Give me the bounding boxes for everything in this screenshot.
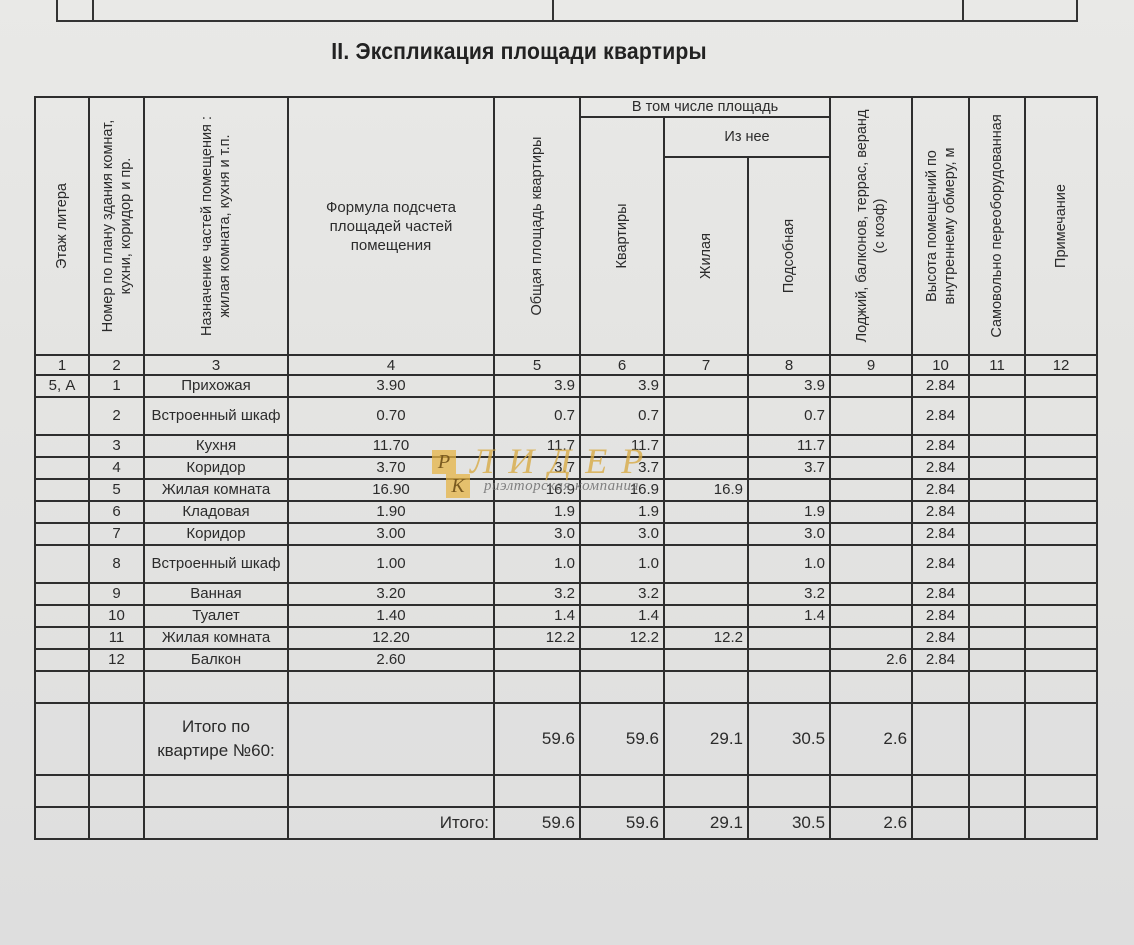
auxiliary-area (748, 627, 830, 649)
table-row: 3Кухня11.7011.711.711.72.84 (35, 435, 1097, 457)
table-row: 7Коридор3.003.03.03.02.84 (35, 523, 1097, 545)
room-number: 8 (89, 545, 144, 583)
apartment-area: 11.7 (580, 435, 664, 457)
header-floor-letter: Этаж литера (35, 97, 89, 355)
header-living: Жилая (664, 157, 748, 355)
section-title: II. Экспликация площади квартиры (0, 38, 1041, 65)
table-row: 2Встроенный шкаф0.700.70.70.72.84 (35, 397, 1097, 435)
apartment-area: 3.7 (580, 457, 664, 479)
formula-value: 1.90 (288, 501, 494, 523)
auxiliary-area: 11.7 (748, 435, 830, 457)
note (1025, 501, 1097, 523)
auxiliary-area: 1.9 (748, 501, 830, 523)
loggia-area (830, 501, 912, 523)
blank-row (35, 775, 1097, 807)
self-converted (969, 457, 1025, 479)
note (1025, 397, 1097, 435)
table-divider (962, 0, 964, 20)
table-row: 12Балкон2.602.62.84 (35, 649, 1097, 671)
room-number: 7 (89, 523, 144, 545)
note (1025, 457, 1097, 479)
self-converted (969, 605, 1025, 627)
room-height: 2.84 (912, 523, 969, 545)
column-number: 2 (89, 355, 144, 375)
formula-value: 3.00 (288, 523, 494, 545)
total-area: 16.9 (494, 479, 580, 501)
loggia-area (830, 523, 912, 545)
living-area (664, 397, 748, 435)
table-row: 5, А1Прихожая3.903.93.93.92.84 (35, 375, 1097, 397)
room-number: 9 (89, 583, 144, 605)
room-height: 2.84 (912, 397, 969, 435)
room-height: 2.84 (912, 649, 969, 671)
apartment-total-row: Итого по квартире №60: 59.6 59.6 29.1 30… (35, 703, 1097, 775)
self-converted (969, 627, 1025, 649)
room-name: Жилая комната (144, 627, 288, 649)
self-converted (969, 649, 1025, 671)
header-room-purpose: Назначение частей помещения : жилая комн… (144, 97, 288, 355)
apartment-total-label: Итого по квартире №60: (144, 703, 288, 775)
note (1025, 523, 1097, 545)
living-area (664, 457, 748, 479)
column-number: 3 (144, 355, 288, 375)
header-apartment: Квартиры (580, 117, 664, 355)
room-height: 2.84 (912, 545, 969, 583)
room-height: 2.84 (912, 457, 969, 479)
total-area: 3.2 (494, 583, 580, 605)
self-converted (969, 523, 1025, 545)
total-area: 3.9 (494, 375, 580, 397)
total-area (494, 649, 580, 671)
living-area (664, 523, 748, 545)
total-area: 1.4 (494, 605, 580, 627)
room-number: 3 (89, 435, 144, 457)
total-area: 1.9 (494, 501, 580, 523)
auxiliary-area: 3.0 (748, 523, 830, 545)
floor-letter (35, 457, 89, 479)
apartment-total-loggia: 2.6 (830, 703, 912, 775)
table-row: 10Туалет1.401.41.41.42.84 (35, 605, 1097, 627)
living-area (664, 375, 748, 397)
formula-value: 2.60 (288, 649, 494, 671)
loggia-area (830, 435, 912, 457)
room-name: Жилая комната (144, 479, 288, 501)
room-name: Кладовая (144, 501, 288, 523)
grand-total-aux: 30.5 (748, 807, 830, 839)
table-divider (92, 0, 94, 20)
blank-row (35, 671, 1097, 703)
column-number: 11 (969, 355, 1025, 375)
living-area (664, 605, 748, 627)
apartment-area: 3.0 (580, 523, 664, 545)
room-name: Встроенный шкаф (144, 397, 288, 435)
room-number: 2 (89, 397, 144, 435)
room-number: 11 (89, 627, 144, 649)
table-divider (552, 0, 554, 20)
auxiliary-area: 1.0 (748, 545, 830, 583)
room-height: 2.84 (912, 375, 969, 397)
self-converted (969, 545, 1025, 583)
self-converted (969, 397, 1025, 435)
apartment-area: 3.9 (580, 375, 664, 397)
table-row: 9Ванная3.203.23.23.22.84 (35, 583, 1097, 605)
table-row: 4Коридор3.703.73.73.72.84 (35, 457, 1097, 479)
room-number: 6 (89, 501, 144, 523)
room-number: 12 (89, 649, 144, 671)
header-height: Высота помещений по внутреннему обмеру, … (912, 97, 969, 355)
total-area: 3.7 (494, 457, 580, 479)
note (1025, 479, 1097, 501)
column-number: 7 (664, 355, 748, 375)
room-name: Кухня (144, 435, 288, 457)
column-number: 1 (35, 355, 89, 375)
floor-letter (35, 397, 89, 435)
auxiliary-area (748, 649, 830, 671)
apartment-total-living: 29.1 (664, 703, 748, 775)
loggia-area (830, 479, 912, 501)
room-name: Коридор (144, 457, 288, 479)
room-height: 2.84 (912, 605, 969, 627)
floor-letter (35, 523, 89, 545)
grand-total-label: Итого: (288, 807, 494, 839)
apartment-total-area: 59.6 (494, 703, 580, 775)
living-area (664, 501, 748, 523)
room-height: 2.84 (912, 583, 969, 605)
column-number: 6 (580, 355, 664, 375)
header-formula: Формула подсчета площадей частей помещен… (288, 97, 494, 355)
apartment-area (580, 649, 664, 671)
room-number: 5 (89, 479, 144, 501)
room-height: 2.84 (912, 479, 969, 501)
floor-letter: 5, А (35, 375, 89, 397)
header-auxiliary: Подсобная (748, 157, 830, 355)
note (1025, 545, 1097, 583)
self-converted (969, 501, 1025, 523)
note (1025, 375, 1097, 397)
column-number: 9 (830, 355, 912, 375)
total-area: 12.2 (494, 627, 580, 649)
floor-letter (35, 501, 89, 523)
total-area: 0.7 (494, 397, 580, 435)
grand-total-loggia: 2.6 (830, 807, 912, 839)
room-name: Балкон (144, 649, 288, 671)
floor-letter (35, 435, 89, 457)
self-converted (969, 375, 1025, 397)
table-row: 5Жилая комната16.9016.916.916.92.84 (35, 479, 1097, 501)
auxiliary-area (748, 479, 830, 501)
apartment-area: 12.2 (580, 627, 664, 649)
room-number: 4 (89, 457, 144, 479)
column-number: 4 (288, 355, 494, 375)
living-area: 16.9 (664, 479, 748, 501)
grand-total-row: Итого: 59.6 59.6 29.1 30.5 2.6 (35, 807, 1097, 839)
formula-value: 3.90 (288, 375, 494, 397)
apartment-area: 1.9 (580, 501, 664, 523)
note (1025, 435, 1097, 457)
header-room-number: Номер по плану здания комнат, кухни, кор… (89, 97, 144, 355)
room-name: Коридор (144, 523, 288, 545)
formula-value: 11.70 (288, 435, 494, 457)
room-height: 2.84 (912, 627, 969, 649)
self-converted (969, 479, 1025, 501)
floor-letter (35, 649, 89, 671)
header-loggias: Лоджий, балконов, террас, веранд (с коэф… (830, 97, 912, 355)
header-total-area: Общая площадь квартиры (494, 97, 580, 355)
loggia-area (830, 397, 912, 435)
table-row: 6Кладовая1.901.91.91.92.84 (35, 501, 1097, 523)
room-name: Встроенный шкаф (144, 545, 288, 583)
room-name: Ванная (144, 583, 288, 605)
note (1025, 605, 1097, 627)
room-number: 1 (89, 375, 144, 397)
loggia-area (830, 583, 912, 605)
room-name: Прихожая (144, 375, 288, 397)
living-area: 12.2 (664, 627, 748, 649)
header-note: Примечание (1025, 97, 1097, 355)
room-height: 2.84 (912, 435, 969, 457)
column-number: 8 (748, 355, 830, 375)
auxiliary-area: 3.7 (748, 457, 830, 479)
apartment-area: 3.2 (580, 583, 664, 605)
living-area (664, 649, 748, 671)
apartment-area: 16.9 (580, 479, 664, 501)
apartment-area: 1.4 (580, 605, 664, 627)
auxiliary-area: 3.2 (748, 583, 830, 605)
formula-value: 16.90 (288, 479, 494, 501)
header-including-area: В том числе площадь (580, 97, 830, 117)
loggia-area (830, 375, 912, 397)
formula-value: 3.20 (288, 583, 494, 605)
column-number: 5 (494, 355, 580, 375)
note (1025, 583, 1097, 605)
table-row: 11Жилая комната12.2012.212.212.22.84 (35, 627, 1097, 649)
column-number: 12 (1025, 355, 1097, 375)
loggia-area (830, 605, 912, 627)
header-self-converted: Самовольно переоборудованная (969, 97, 1025, 355)
total-area: 3.0 (494, 523, 580, 545)
previous-table-fragment (56, 0, 1078, 22)
auxiliary-area: 0.7 (748, 397, 830, 435)
floor-letter (35, 545, 89, 583)
apartment-area: 0.7 (580, 397, 664, 435)
living-area (664, 435, 748, 457)
room-height: 2.84 (912, 501, 969, 523)
grand-total-apt: 59.6 (580, 807, 664, 839)
auxiliary-area: 3.9 (748, 375, 830, 397)
apartment-area: 1.0 (580, 545, 664, 583)
table-row: 8Встроенный шкаф1.001.01.01.02.84 (35, 545, 1097, 583)
loggia-area (830, 457, 912, 479)
loggia-area (830, 627, 912, 649)
floor-letter (35, 627, 89, 649)
total-area: 1.0 (494, 545, 580, 583)
loggia-area (830, 545, 912, 583)
header-of-which: Из нее (664, 117, 830, 157)
auxiliary-area: 1.4 (748, 605, 830, 627)
floor-letter (35, 583, 89, 605)
living-area (664, 545, 748, 583)
formula-value: 0.70 (288, 397, 494, 435)
room-name: Туалет (144, 605, 288, 627)
loggia-area: 2.6 (830, 649, 912, 671)
area-explication-table: Этаж литера Номер по плану здания комнат… (34, 96, 1098, 840)
column-number-row: 1 2 3 4 5 6 7 8 9 10 11 12 (35, 355, 1097, 375)
formula-value: 1.40 (288, 605, 494, 627)
formula-value: 3.70 (288, 457, 494, 479)
formula-value: 12.20 (288, 627, 494, 649)
grand-total-living: 29.1 (664, 807, 748, 839)
self-converted (969, 435, 1025, 457)
total-area: 11.7 (494, 435, 580, 457)
floor-letter (35, 479, 89, 501)
note (1025, 627, 1097, 649)
formula-value: 1.00 (288, 545, 494, 583)
apartment-total-aux: 30.5 (748, 703, 830, 775)
self-converted (969, 583, 1025, 605)
living-area (664, 583, 748, 605)
column-number: 10 (912, 355, 969, 375)
note (1025, 649, 1097, 671)
floor-letter (35, 605, 89, 627)
room-number: 10 (89, 605, 144, 627)
grand-total-area: 59.6 (494, 807, 580, 839)
apartment-total-apt: 59.6 (580, 703, 664, 775)
